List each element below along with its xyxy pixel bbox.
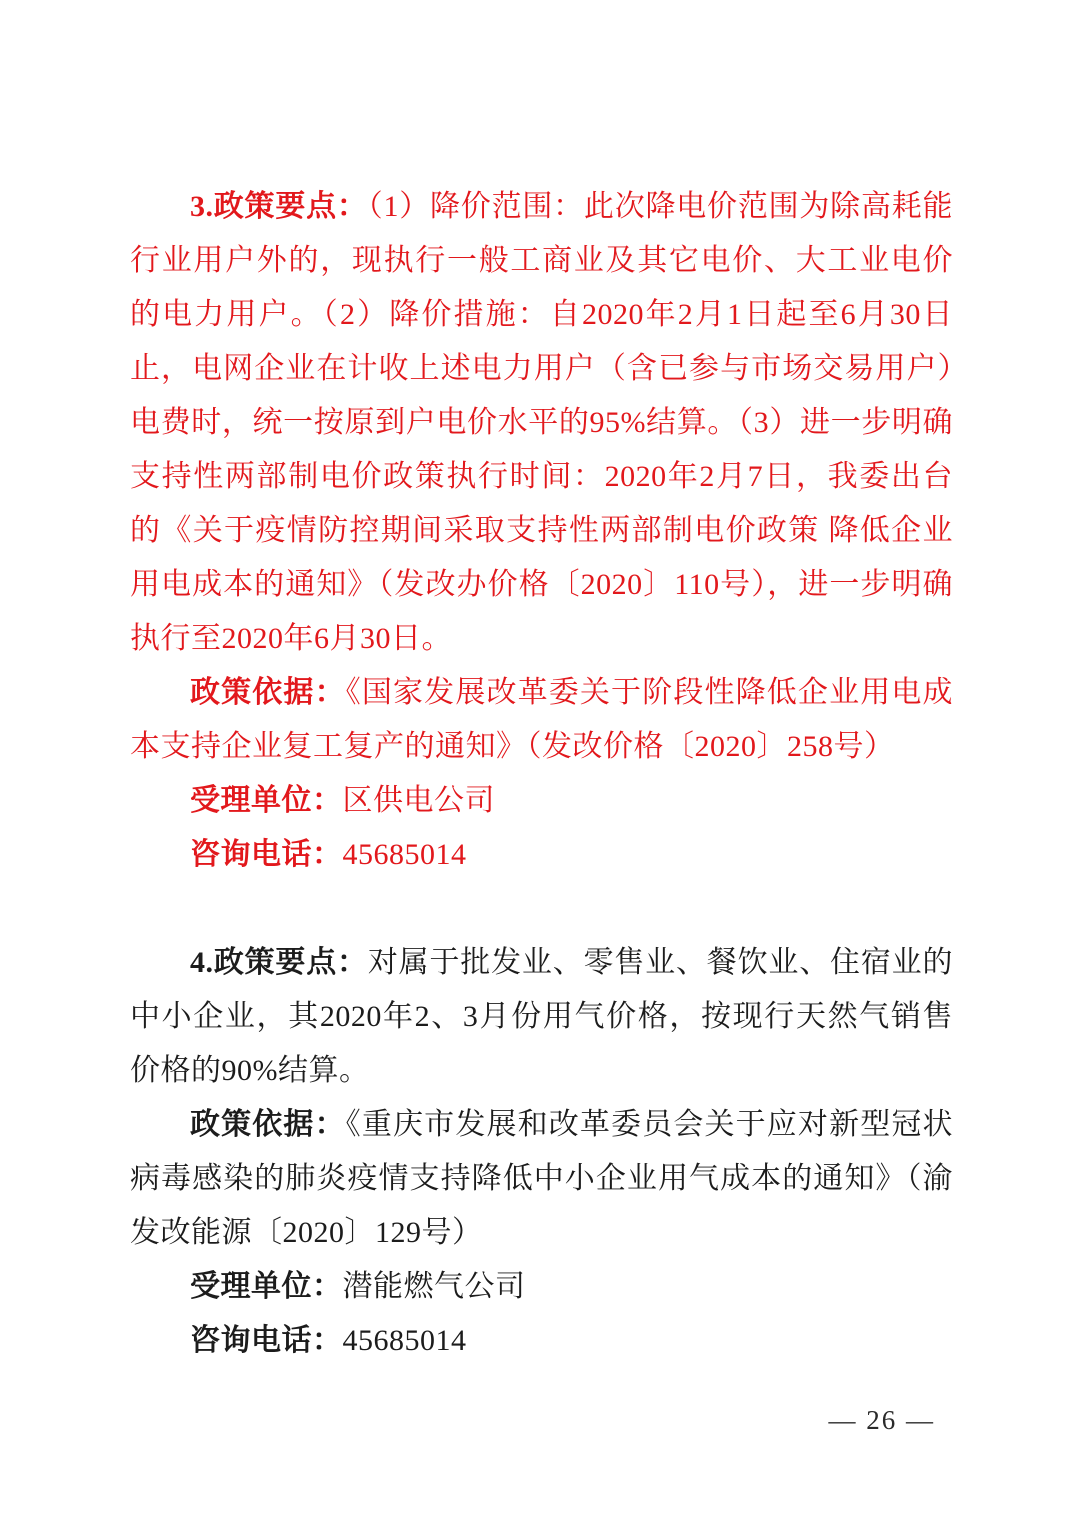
policy-section-3: 3.政策要点：（1）降价范围：此次降电价范围为除高耗能行业用户外的，现执行一般工… — [130, 180, 953, 882]
consult-phone-paragraph: 咨询电话：45685014 — [130, 1314, 953, 1368]
accepting-unit-paragraph: 受理单位：潜能燃气公司 — [130, 1260, 953, 1314]
consult-phone-label: 咨询电话： — [190, 1324, 343, 1357]
policy-section-4: 4.政策要点：对属于批发业、零售业、餐饮业、住宿业的中小企业，其2020年2、3… — [130, 936, 953, 1368]
consult-phone-number: 45685014 — [343, 838, 467, 871]
policy-basis-label: 政策依据： — [190, 676, 346, 709]
consult-phone-label: 咨询电话： — [190, 838, 343, 871]
policy-basis-paragraph: 政策依据：《国家发展改革委关于阶段性降低企业用电成本支持企业复工复产的通知》（发… — [130, 666, 953, 774]
page-number: — 26 — — [829, 1405, 936, 1436]
accepting-unit-label: 受理单位： — [190, 1270, 343, 1303]
document-body: 3.政策要点：（1）降价范围：此次降电价范围为除高耗能行业用户外的，现执行一般工… — [130, 180, 953, 1368]
consult-phone-number: 45685014 — [343, 1324, 467, 1357]
policy-points-paragraph: 4.政策要点：对属于批发业、零售业、餐饮业、住宿业的中小企业，其2020年2、3… — [130, 936, 953, 1098]
policy-points-label: 3.政策要点： — [190, 190, 368, 223]
consult-phone-paragraph: 咨询电话：45685014 — [130, 828, 953, 882]
accepting-unit-label: 受理单位： — [190, 784, 343, 817]
accepting-unit-text: 潜能燃气公司 — [343, 1270, 526, 1303]
policy-basis-label: 政策依据： — [190, 1108, 346, 1141]
accepting-unit-text: 区供电公司 — [343, 784, 496, 817]
policy-basis-paragraph: 政策依据：《重庆市发展和改革委员会关于应对新型冠状病毒感染的肺炎疫情支持降低中小… — [130, 1098, 953, 1260]
section-divider-space — [130, 882, 953, 936]
accepting-unit-paragraph: 受理单位：区供电公司 — [130, 774, 953, 828]
policy-points-label: 4.政策要点： — [190, 946, 368, 979]
policy-points-text: （1）降价范围：此次降电价范围为除高耗能行业用户外的，现执行一般工商业及其它电价… — [130, 190, 953, 655]
document-page: 3.政策要点：（1）降价范围：此次降电价范围为除高耗能行业用户外的，现执行一般工… — [0, 0, 1075, 1520]
policy-points-paragraph: 3.政策要点：（1）降价范围：此次降电价范围为除高耗能行业用户外的，现执行一般工… — [130, 180, 953, 666]
